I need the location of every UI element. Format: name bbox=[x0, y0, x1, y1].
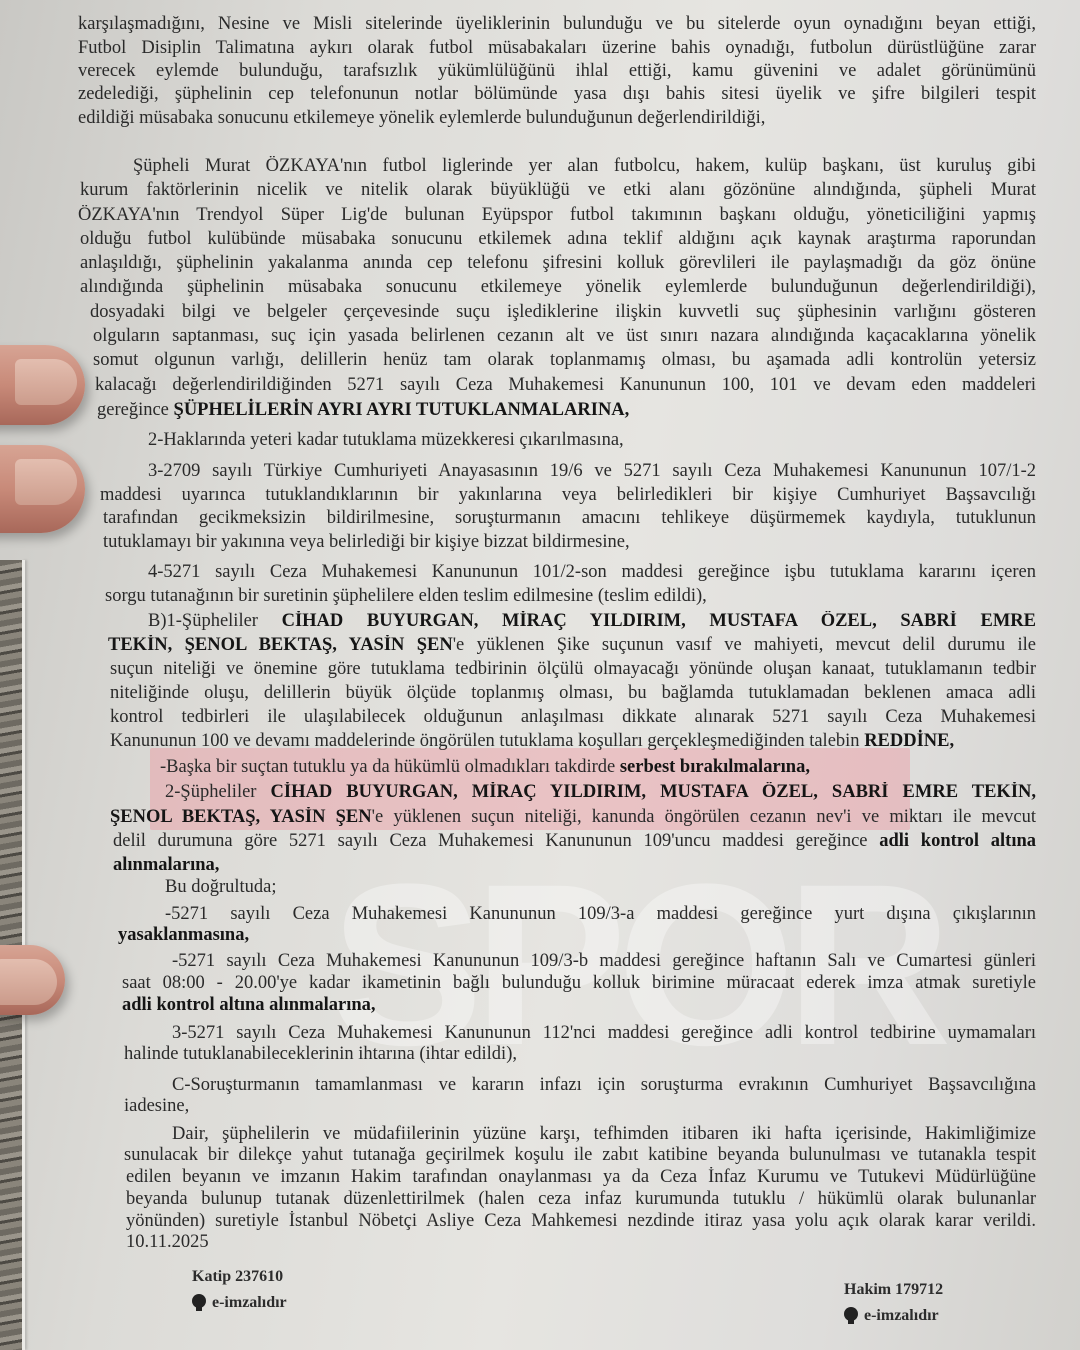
text-line: Dair, şüphelilerin ve müdafiilerinin yüz… bbox=[172, 1124, 1036, 1146]
text-line: delil durumuna göre 5271 sayılı Ceza Muh… bbox=[113, 831, 1036, 853]
text-line: edildiği müsabaka sonucunu etkilemeye yö… bbox=[78, 108, 765, 129]
text-line: anlaşıldığı, şüphelinin yakalanma anında… bbox=[80, 253, 1036, 275]
text-line: TEKİN, ŞENOL BEKTAŞ, YASİN ŞEN'e yüklene… bbox=[108, 635, 1036, 657]
text-line: 4-5271 sayılı Ceza Muhakemesi Kanununun … bbox=[148, 562, 1036, 584]
text-line: somut olgunun varlığı, delillerin henüz … bbox=[93, 350, 1036, 372]
text-line: ŞENOL BEKTAŞ, YASİN ŞEN'e yüklenen suçun… bbox=[110, 807, 1036, 829]
text-line: tarafından gecikmeksizin bildirilmesine,… bbox=[103, 508, 1036, 530]
text-line: edilen beyanın ve imzanın Hakim tarafınd… bbox=[126, 1167, 1036, 1189]
text-line: ÖZKAYA'nın Trendyol Süper Lig'de bulunan… bbox=[78, 205, 1036, 227]
clerk-esign: e-imzalıdır bbox=[212, 1294, 287, 1311]
text-line: saat 08:00 - 20.00'ye kadar ikametinin b… bbox=[122, 973, 1036, 995]
text-line: C-Soruşturmanın tamamlanması ve kararın … bbox=[172, 1075, 1036, 1097]
judge-signature: Hakim 179712 e-imzalıdır bbox=[844, 1281, 943, 1325]
e-signature-seal-icon bbox=[844, 1307, 858, 1321]
text-line: 3-2709 sayılı Türkiye Cumhuriyeti Anayas… bbox=[148, 461, 1036, 483]
text-line: kalacağı değerlendirildiğinden 5271 sayı… bbox=[95, 375, 1036, 397]
text-line: verecek eylemde bulunduğu, tarafsızlık y… bbox=[78, 61, 1036, 83]
text-line: -Başka bir suçtan tutuklu ya da hükümlü … bbox=[160, 757, 810, 778]
text-line: alındığında şüphelinin müsabaka sonucunu… bbox=[80, 277, 1036, 299]
judge-esign: e-imzalıdır bbox=[864, 1307, 939, 1324]
text-line: Bu doğrultuda; bbox=[165, 877, 277, 898]
text-line: 2-Haklarında yeteri kadar tutuklama müze… bbox=[148, 430, 624, 451]
text-line: adli kontrol altına alınmalarına, bbox=[122, 995, 376, 1016]
text-line: olduğu futbol kulübünde müsabaka sonucun… bbox=[80, 229, 1036, 251]
text-line: dosyadaki bilgi ve belgeler çerçevesinde… bbox=[90, 302, 1036, 324]
text-line: yasaklanmasına, bbox=[118, 925, 249, 946]
clerk-label: Katip 237610 bbox=[192, 1268, 287, 1286]
text-line: yönünden) suretiyle İstanbul Nöbetçi Asl… bbox=[126, 1211, 1036, 1233]
text-line: halinde tutuklanabileceklerinin ihtarına… bbox=[124, 1044, 517, 1065]
text-line: alınmalarına, bbox=[113, 855, 219, 876]
text-line: sunulacak bir dilekçe yahut tutanağa geç… bbox=[124, 1145, 1036, 1167]
text-line: kurum faktörlerinin nicelik ve nitelik o… bbox=[80, 180, 1036, 202]
text-line: suçun niteliği ve önemine göre tutuklama… bbox=[110, 659, 1036, 681]
e-signature-seal-icon bbox=[192, 1294, 206, 1308]
text-line: maddesi uyarınca tutuklandıklarının bir … bbox=[100, 485, 1036, 507]
text-line: zedelediği, şüphelinin cep telefonunun n… bbox=[78, 84, 1036, 106]
text-line: sorgu tutanağının bir suretinin şüphelil… bbox=[105, 586, 707, 607]
text-line: -5271 sayılı Ceza Muhakemesi Kanununun 1… bbox=[165, 904, 1036, 926]
text-line: gereğince ŞÜPHELİLERİN AYRI AYRI TUTUKLA… bbox=[97, 400, 629, 421]
text-line: karşılaşmadığını, Nesine ve Misli sitele… bbox=[78, 14, 1036, 36]
text-line: -5271 sayılı Ceza Muhakemesi Kanununun 1… bbox=[172, 951, 1036, 973]
text-line: 2-Şüpheliler CİHAD BUYURGAN, MİRAÇ YILDI… bbox=[165, 782, 1036, 804]
text-line: 10.11.2025 bbox=[126, 1232, 209, 1253]
text-line: olguların saptanması, suç için yasada be… bbox=[93, 326, 1036, 348]
text-line: Kanununun 100 ve devamı maddelerinde öng… bbox=[110, 731, 954, 752]
text-line: Futbol Disiplin Talimatına aykırı olarak… bbox=[78, 38, 1036, 60]
text-line: niteliğinde oluşu, delillerin büyük ölçü… bbox=[110, 683, 1036, 705]
finger bbox=[0, 445, 85, 533]
text-line: iadesine, bbox=[124, 1096, 189, 1117]
finger bbox=[0, 345, 85, 425]
text-line: kontrol tedbirleri ile ulaşılabilecek ol… bbox=[110, 707, 1036, 729]
text-line: beyanda bulunup tutanak düzenlettirilmek… bbox=[126, 1189, 1036, 1211]
text-line: 3-5271 sayılı Ceza Muhakemesi Kanununun … bbox=[172, 1023, 1036, 1045]
judge-label: Hakim 179712 bbox=[844, 1281, 943, 1299]
clerk-signature: Katip 237610 e-imzalıdır bbox=[192, 1268, 287, 1312]
text-line: B)1-Şüpheliler CİHAD BUYURGAN, MİRAÇ YIL… bbox=[148, 611, 1036, 633]
text-line: Şüpheli Murat ÖZKAYA'nın futbol liglerin… bbox=[133, 156, 1036, 178]
text-line: tutuklamayı bir yakınına veya belirlediğ… bbox=[103, 532, 630, 553]
